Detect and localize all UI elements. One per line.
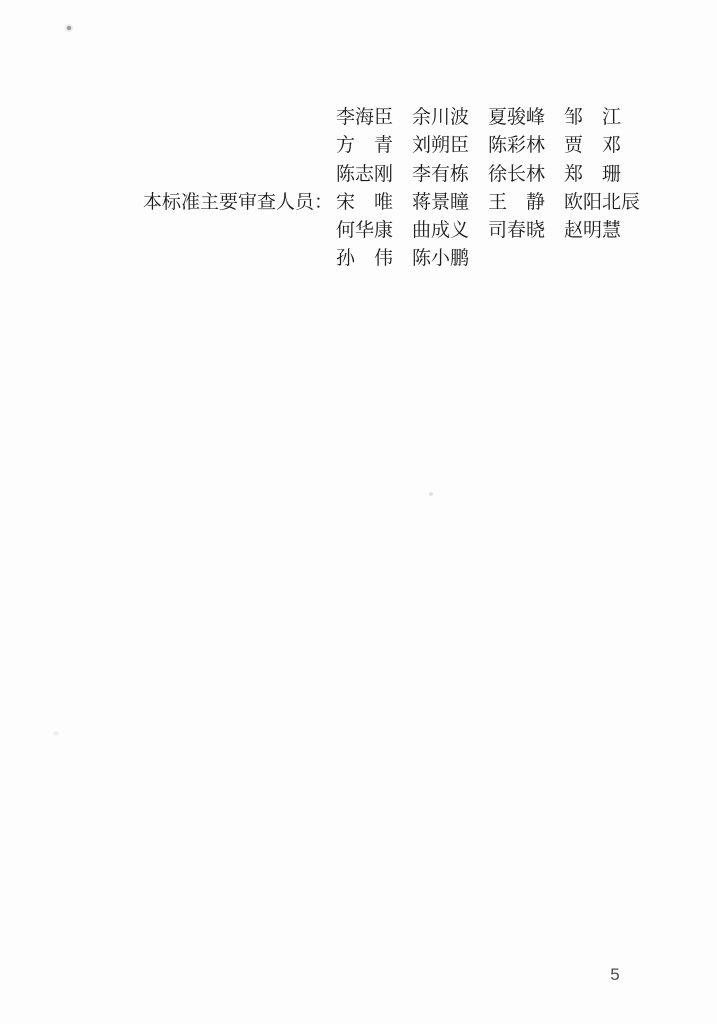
reviewer-name: 方 青 <box>336 132 394 160</box>
reviewer-name: 王 静 <box>488 189 546 217</box>
reviewers-block: 李海臣余川波夏骏峰邹 江方 青刘朔臣陈彩林贾 邓陈志刚李有栋徐长林郑 珊本标准主… <box>143 104 659 274</box>
reviewer-name: 蒋景瞳 <box>412 189 470 217</box>
reviewers-label: 本标准主要审查人员： <box>143 189 336 217</box>
reviewer-name: 余川波 <box>412 104 470 132</box>
scan-speck <box>429 492 433 496</box>
reviewer-name: 孙 伟 <box>336 245 394 273</box>
reviewer-name: 陈彩林 <box>488 132 546 160</box>
reviewer-row: 孙 伟陈小鹏 <box>143 245 659 273</box>
reviewer-row: 陈志刚李有栋徐长林郑 珊 <box>143 161 659 189</box>
page-number: 5 <box>603 965 627 985</box>
reviewer-name: 李有栋 <box>412 161 470 189</box>
reviewer-name: 陈志刚 <box>336 161 394 189</box>
row-label-slot <box>143 217 336 245</box>
reviewer-name: 宋 唯 <box>336 189 394 217</box>
row-label-slot <box>143 161 336 189</box>
reviewer-name: 徐长林 <box>488 161 546 189</box>
reviewer-name: 陈小鹏 <box>412 245 470 273</box>
scan-speck <box>53 731 59 736</box>
row-label-slot <box>143 245 336 273</box>
reviewer-name: 赵明慧 <box>564 217 622 245</box>
reviewer-row: 何华康曲成义司春晓赵明慧 <box>143 217 659 245</box>
row-label-slot <box>143 104 336 132</box>
reviewer-name: 刘朔臣 <box>412 132 470 160</box>
reviewer-row: 本标准主要审查人员：宋 唯蒋景瞳王 静欧阳北辰 <box>143 189 659 217</box>
scan-speck <box>67 26 71 30</box>
reviewer-name: 曲成义 <box>412 217 470 245</box>
reviewer-row: 方 青刘朔臣陈彩林贾 邓 <box>143 132 659 160</box>
reviewer-name: 李海臣 <box>336 104 394 132</box>
reviewer-name: 邹 江 <box>564 104 622 132</box>
reviewer-row: 李海臣余川波夏骏峰邹 江 <box>143 104 659 132</box>
reviewer-name: 司春晓 <box>488 217 546 245</box>
row-label-slot <box>143 132 336 160</box>
reviewer-name: 郑 珊 <box>564 161 622 189</box>
reviewer-name: 夏骏峰 <box>488 104 546 132</box>
document-page: 李海臣余川波夏骏峰邹 江方 青刘朔臣陈彩林贾 邓陈志刚李有栋徐长林郑 珊本标准主… <box>0 0 717 1024</box>
reviewer-name: 欧阳北辰 <box>564 189 641 217</box>
reviewer-name: 何华康 <box>336 217 394 245</box>
reviewer-name: 贾 邓 <box>564 132 622 160</box>
